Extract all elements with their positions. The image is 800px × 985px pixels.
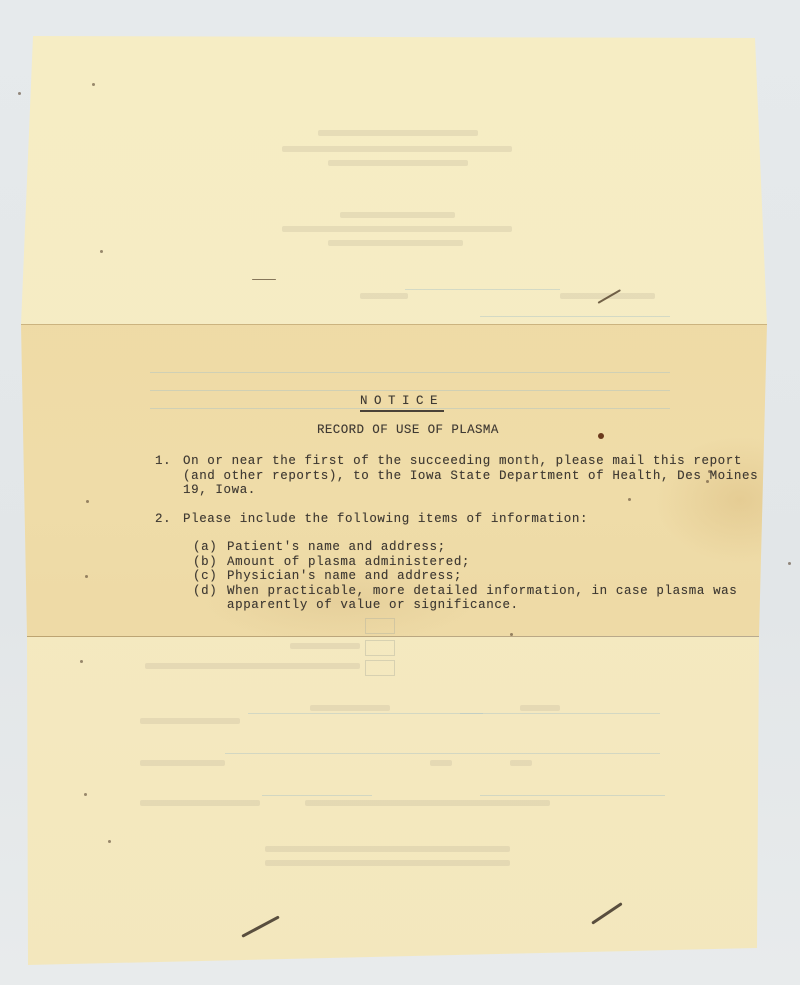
ghost-line (145, 663, 360, 669)
ghost-checkbox (365, 660, 395, 676)
speck (100, 250, 103, 253)
subitem-letter: (c) (193, 569, 217, 584)
ghost-rule (150, 372, 670, 373)
ghost-line (282, 226, 512, 232)
ghost-line (265, 846, 510, 852)
ghost-line (282, 146, 512, 152)
ghost-line (140, 718, 240, 724)
ghost-rule (248, 713, 483, 714)
subitem-letter: (a) (193, 540, 217, 555)
ghost-rule (225, 753, 660, 754)
ghost-line (328, 240, 463, 246)
ghost-line (305, 800, 550, 806)
ghost-line (520, 705, 560, 711)
fold-crease-bottom (27, 636, 759, 637)
subitem-letter: (d) (193, 584, 217, 599)
ghost-rule (480, 316, 670, 317)
ghost-rule (460, 713, 660, 714)
item-text-line: 19, Iowa. (183, 483, 256, 498)
subitem-text: Patient's name and address; (227, 540, 446, 555)
speck (18, 92, 21, 95)
speck (86, 500, 89, 503)
ghost-rule (262, 795, 372, 796)
item-text-line: (and other reports), to the Iowa State D… (183, 469, 758, 484)
speck (84, 793, 87, 796)
speck (108, 840, 111, 843)
speck (628, 498, 631, 501)
ghost-line (510, 760, 532, 766)
subitem-text: When practicable, more detailed informat… (227, 584, 737, 599)
speck (92, 83, 95, 86)
item-text-line: On or near the first of the succeeding m… (183, 454, 742, 469)
subitem-text: Amount of plasma administered; (227, 555, 470, 570)
ink-dot (598, 433, 604, 439)
item-text-line: Please include the following items of in… (183, 512, 588, 527)
ghost-line (140, 800, 260, 806)
ghost-line (290, 643, 360, 649)
fold-crease-top (21, 324, 767, 325)
speck (80, 660, 83, 663)
ghost-checkbox (365, 618, 395, 634)
ghost-checkbox (365, 640, 395, 656)
ghost-line (340, 212, 455, 218)
ghost-line (265, 860, 510, 866)
ghost-line (328, 160, 468, 166)
notice-heading: NOTICE (360, 394, 444, 412)
item-number: 1. (155, 454, 171, 469)
ink-smudge (252, 279, 276, 280)
ghost-line (140, 760, 225, 766)
ghost-rule (150, 390, 670, 391)
ghost-rule (405, 289, 560, 290)
speck (788, 562, 791, 565)
ghost-line (360, 293, 408, 299)
ghost-line (430, 760, 452, 766)
subitem-text: Physician's name and address; (227, 569, 462, 584)
item-number: 2. (155, 512, 171, 527)
speck (510, 633, 513, 636)
ghost-rule (480, 795, 665, 796)
ghost-line (310, 705, 390, 711)
ghost-line (318, 130, 478, 136)
subitem-text: apparently of value or significance. (227, 598, 519, 613)
speck (85, 575, 88, 578)
record-heading: RECORD OF USE OF PLASMA (317, 423, 499, 438)
subitem-letter: (b) (193, 555, 217, 570)
